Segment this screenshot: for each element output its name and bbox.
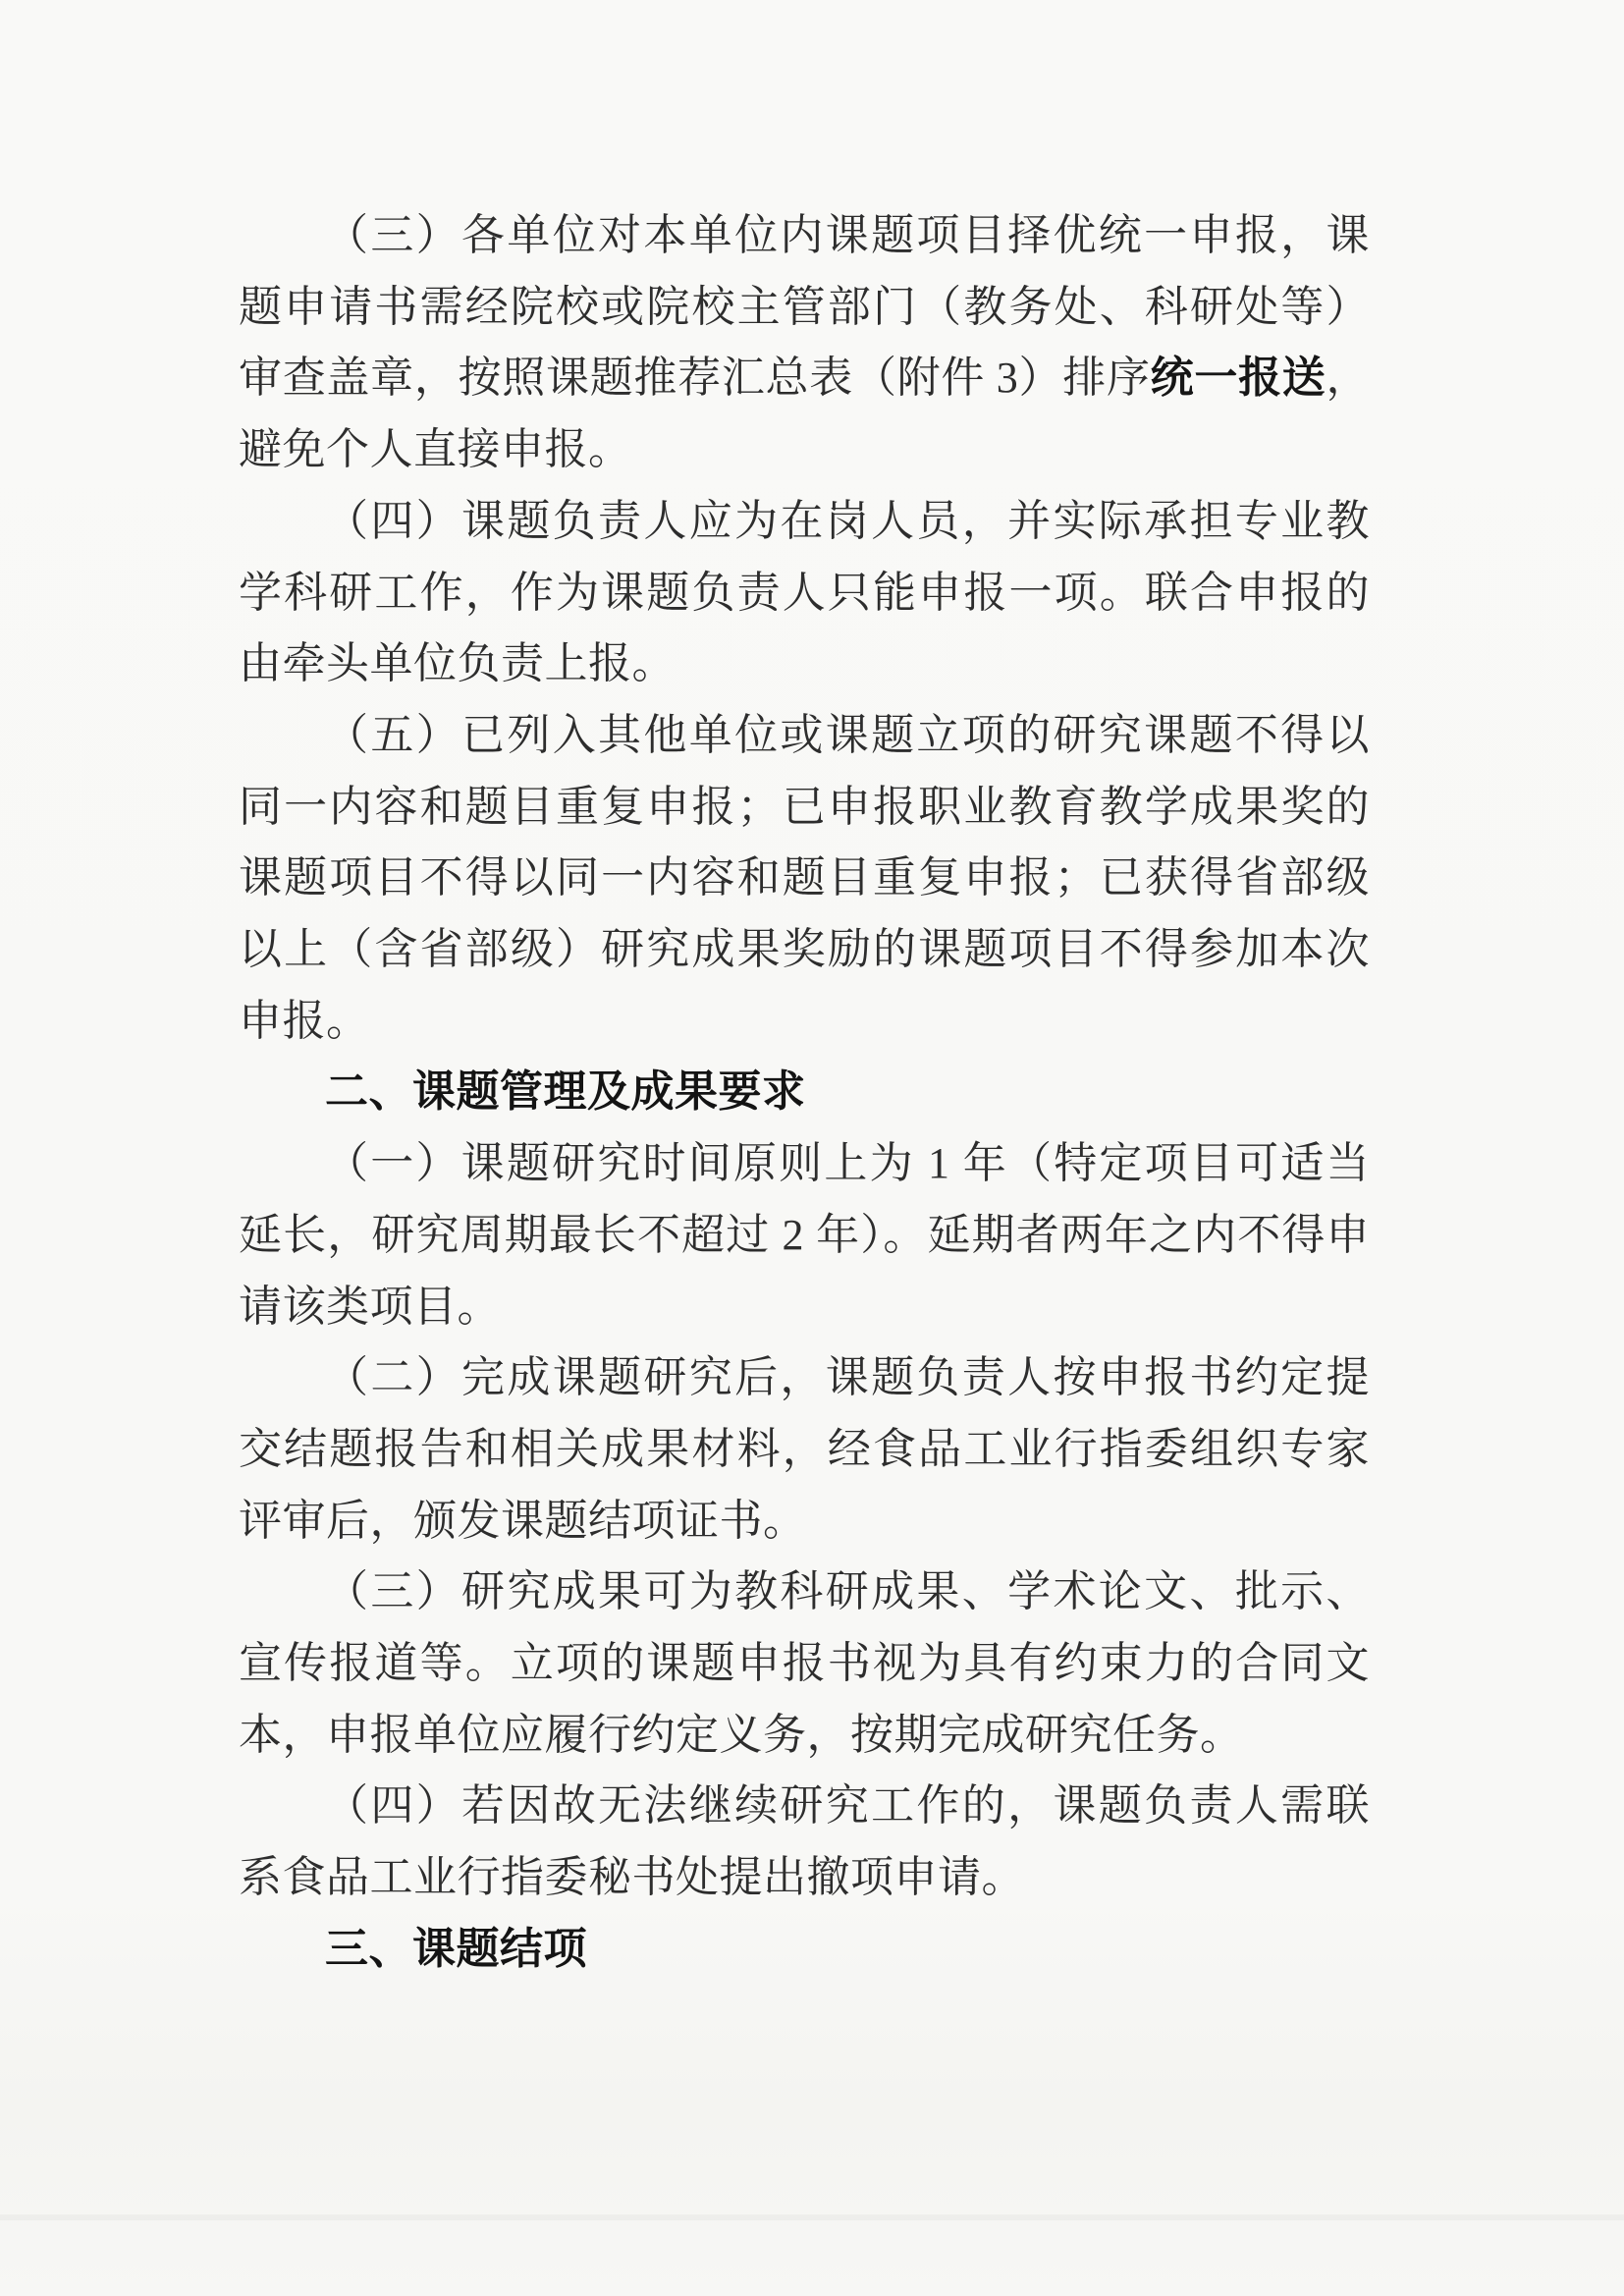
document-page: （三）各单位对本单位内课题项目择优统一申报，课题申请书需经院校或院校主管部门（教… — [0, 0, 1624, 2296]
scan-artifact-band — [0, 2214, 1624, 2220]
section-heading-3: 三、课题结项 — [239, 1914, 1370, 1986]
bold-text-run: 统一报送 — [1151, 354, 1326, 402]
paragraph-section1-item3: （三）各单位对本单位内课题项目择优统一申报，课题申请书需经院校或院校主管部门（教… — [239, 200, 1370, 486]
section-heading-2: 二、课题管理及成果要求 — [239, 1057, 1370, 1128]
paragraph-section2-item3: （三）研究成果可为教科研成果、学术论文、批示、宣传报道等。立项的课题申报书视为具… — [239, 1557, 1370, 1771]
paragraph-section2-item1: （一）课题研究时间原则上为 1 年（特定项目可适当延长，研究周期最长不超过 2 … — [239, 1128, 1370, 1342]
document-body: （三）各单位对本单位内课题项目择优统一申报，课题申请书需经院校或院校主管部门（教… — [239, 200, 1370, 1986]
paragraph-section2-item4: （四）若因故无法继续研究工作的，课题负责人需联系食品工业行指委秘书处提出撤项申请… — [239, 1771, 1370, 1913]
paragraph-section1-item5: （五）已列入其他单位或课题立项的研究课题不得以同一内容和题目重复申报；已申报职业… — [239, 700, 1370, 1058]
paragraph-section2-item2: （二）完成课题研究后，课题负责人按申报书约定提交结题报告和相关成果材料，经食品工… — [239, 1342, 1370, 1557]
paragraph-section1-item4: （四）课题负责人应为在岗人员，并实际承担专业教学科研工作，作为课题负责人只能申报… — [239, 486, 1370, 700]
